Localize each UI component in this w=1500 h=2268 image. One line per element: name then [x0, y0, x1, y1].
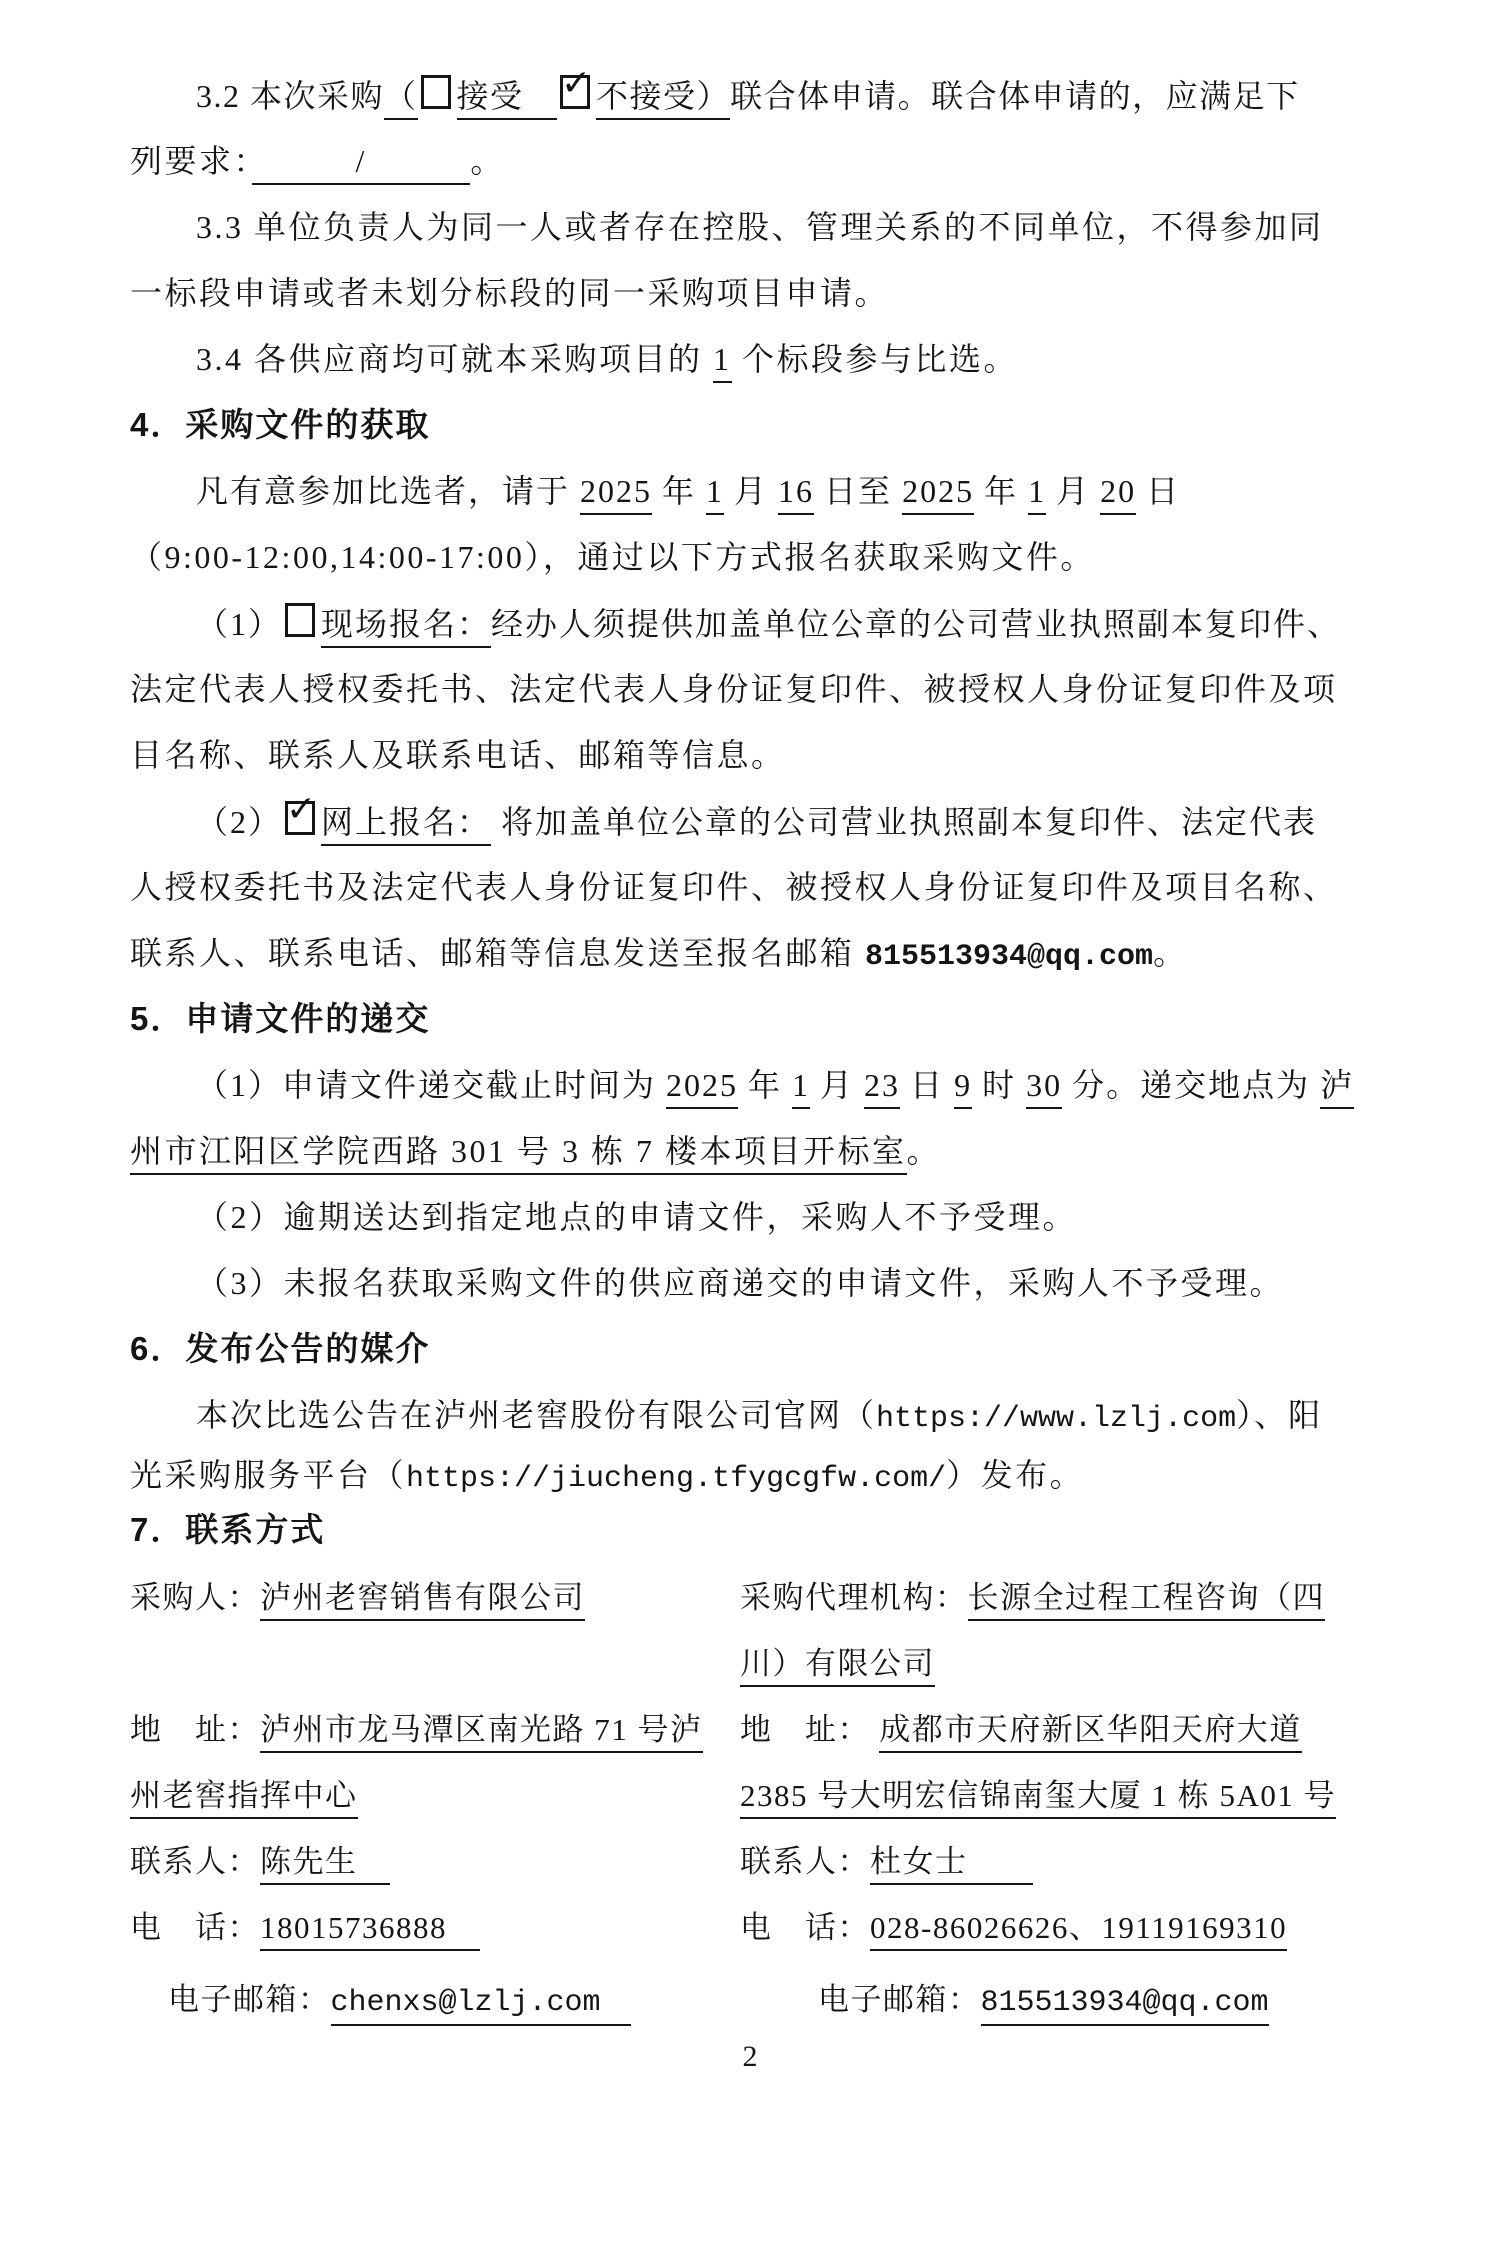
underlined-value: 杜女士 [870, 1844, 1033, 1885]
underlined-value: 1 [792, 1067, 810, 1109]
underlined-value: / [252, 143, 470, 185]
text-segment: 电子邮箱： [818, 1982, 981, 2017]
text-segment: 3.3 单位负责人为同一人或者存在控股、管理关系的不同单位，不得参加同 [196, 209, 1324, 245]
text-segment: 815513934@qq.com [865, 940, 1153, 974]
section-5-item-3: （3）未报名获取采购文件的供应商递交的申请文件，采购人不予受理。 [196, 1263, 1284, 1303]
text-segment: 月 [810, 1067, 864, 1103]
heading-section-4: 4．采购文件的获取 [130, 405, 430, 445]
text-segment: 。 [1153, 935, 1188, 971]
clause-3-2-line-2: 列要求： / 。 [130, 141, 505, 181]
text-segment: 列要求： [130, 143, 252, 179]
option-1-onsite-line-1: （1）现场报名：经办人须提供加盖单位公章的公司营业执照副本复印件、 [196, 603, 1341, 644]
text-segment: 时 [972, 1067, 1026, 1103]
text-segment: 电 话： [130, 1910, 260, 1945]
underlined-value: 2025 [666, 1067, 738, 1109]
clause-3-3-line-2: 一标段申请或者未划分标段的同一采购项目申请。 [130, 273, 889, 313]
underlined-value: 23 [864, 1067, 900, 1109]
checkbox-checked-icon [285, 801, 315, 835]
underlined-value: 18015736888 [260, 1910, 480, 1951]
text-segment: 。 [470, 143, 505, 179]
underlined-value: 9 [954, 1067, 972, 1109]
text-segment: 将加盖单位公章的公司营业执照副本复印件、法定代表 [491, 804, 1317, 840]
text-segment: 分。递交地点为 [1062, 1067, 1320, 1103]
contact-purchaser-address-line-2: 州老窖指挥中心 [130, 1776, 358, 1816]
option-1-onsite-line-3: 目名称、联系人及联系电话、邮箱等信息。 [130, 735, 786, 775]
document-page: 2 3.2 本次采购（接受 不接受）联合体申请。联合体申请的，应满足下列要求： … [0, 0, 1500, 2268]
contact-agency-address-line-1: 地 址： 成都市天府新区华阳天府大道 [740, 1710, 1302, 1750]
text-segment: 5．申请文件的递交 [130, 1000, 430, 1037]
underlined-value: 陈先生 [260, 1844, 390, 1885]
section-4-time-line: （9:00-12:00,14:00-17:00），通过以下方式报名获取采购文件。 [130, 537, 1095, 577]
option-2-online-line-3: 联系人、联系电话、邮箱等信息发送至报名邮箱 815513934@qq.com。 [130, 933, 1188, 977]
underlined-value: 接受 [457, 78, 558, 120]
contact-agency-phone: 电 话：028-86026626、19119169310 [740, 1908, 1287, 1948]
text-segment: ）发布。 [946, 1457, 1084, 1493]
underlined-value: 泸州市龙马潭区南光路 71 号泸 [260, 1712, 703, 1753]
underlined-value: 2025 [902, 473, 974, 515]
underlined-value: 泸州老窖销售有限公司 [260, 1580, 585, 1621]
contact-agency-person: 联系人：杜女士 [740, 1842, 1033, 1882]
section-5-deadline-line-1: （1）申请文件递交截止时间为 2025 年 1 月 23 日 9 时 30 分。… [196, 1065, 1354, 1105]
underlined-value: 1 [713, 341, 732, 383]
clause-3-2-line-1: 3.2 本次采购（接受 不接受）联合体申请。联合体申请的，应满足下 [196, 75, 1300, 116]
text-segment: 3.2 本次采购 [196, 78, 384, 114]
text-segment: 7．联系方式 [130, 1511, 325, 1548]
contact-purchaser: 采购人：泸州老窖销售有限公司 [130, 1578, 585, 1618]
text-segment: 采购代理机构： [740, 1580, 968, 1615]
underlined-value: 2025 [580, 473, 652, 515]
heading-section-5: 5．申请文件的递交 [130, 999, 430, 1039]
text-segment: https://jiucheng.tfygcgfw.com/ [406, 1462, 946, 1496]
heading-section-7: 7．联系方式 [130, 1510, 325, 1550]
text-segment: 6．发布公告的媒介 [130, 1330, 430, 1367]
text-segment: 联系人： [130, 1844, 260, 1879]
text-segment: 日 [1136, 473, 1180, 509]
underlined-value: 815513934@qq.com [981, 1986, 1269, 2026]
option-2-online-line-1: （2）网上报名： 将加盖单位公章的公司营业执照副本复印件、法定代表 [196, 801, 1317, 842]
underlined-value: 长源全过程工程咨询（四 [968, 1580, 1326, 1621]
text-segment: https://www.lzlj.com [876, 1402, 1236, 1436]
underlined-value: （ [384, 78, 418, 120]
text-segment: （9:00-12:00,14:00-17:00），通过以下方式报名获取采购文件。 [130, 539, 1095, 575]
section-6-line-1: 本次比选公告在泸州老窖股份有限公司官网（https://www.lzlj.com… [196, 1395, 1322, 1439]
text-segment: 电子邮箱： [168, 1982, 331, 2017]
contact-purchaser-phone: 电 话：18015736888 [130, 1908, 480, 1948]
text-segment: 年 [974, 473, 1028, 509]
underlined-value: 现场报名： [321, 606, 491, 648]
text-segment: 人授权委托书及法定代表人身份证复印件、被授权人身份证复印件及项目名称、 [130, 869, 1338, 905]
text-segment: 联合体申请。联合体申请的，应满足下 [730, 78, 1300, 114]
checkbox-unchecked-icon [421, 75, 451, 109]
text-segment: （1）申请文件递交截止时间为 [196, 1067, 666, 1103]
underlined-value: 2385 号大明宏信锦南玺大厦 1 栋 5A01 号 [740, 1778, 1336, 1819]
underlined-value: 网上报名： [321, 804, 491, 846]
checkbox-checked-icon [560, 75, 590, 109]
section-5-item-2: （2）逾期送达到指定地点的申请文件，采购人不予受理。 [196, 1197, 1077, 1237]
text-segment: 本次比选公告在泸州老窖股份有限公司官网（ [196, 1397, 876, 1433]
contact-purchaser-address-line-1: 地 址：泸州市龙马潭区南光路 71 号泸 [130, 1710, 703, 1750]
contact-agency-email: 电子邮箱：815513934@qq.com [818, 1980, 1269, 2023]
underlined-value: 州老窖指挥中心 [130, 1778, 358, 1819]
text-segment: 年 [652, 473, 706, 509]
contact-agency-address-line-2: 2385 号大明宏信锦南玺大厦 1 栋 5A01 号 [740, 1776, 1336, 1816]
text-segment: 地 址： [740, 1712, 879, 1747]
text-segment: 地 址： [130, 1712, 260, 1747]
text-segment: 光采购服务平台（ [130, 1457, 406, 1493]
option-2-online-line-2: 人授权委托书及法定代表人身份证复印件、被授权人身份证复印件及项目名称、 [130, 867, 1338, 907]
text-segment: 日至 [814, 473, 902, 509]
underlined-value: chenxs@lzlj.com [331, 1986, 631, 2026]
section-5-deadline-line-2: 州市江阳区学院西路 301 号 3 栋 7 楼本项目开标室。 [130, 1131, 941, 1171]
section-4-date-line: 凡有意参加比选者，请于 2025 年 1 月 16 日至 2025 年 1 月 … [196, 471, 1180, 511]
text-segment: 年 [738, 1067, 792, 1103]
text-segment: 联系人、联系电话、邮箱等信息发送至报名邮箱 [130, 935, 865, 971]
contact-purchaser-email: 电子邮箱：chenxs@lzlj.com [168, 1980, 631, 2023]
contact-agency-line-1: 采购代理机构：长源全过程工程咨询（四 [740, 1578, 1325, 1618]
text-segment: （3）未报名获取采购文件的供应商递交的申请文件，采购人不予受理。 [196, 1265, 1284, 1301]
text-segment: 4．采购文件的获取 [130, 406, 430, 443]
underlined-value: 州市江阳区学院西路 301 号 3 栋 7 楼本项目开标室 [130, 1133, 907, 1175]
text-segment: 个标段参与比选。 [732, 341, 1019, 377]
text-segment: 一标段申请或者未划分标段的同一采购项目申请。 [130, 275, 889, 311]
underlined-value: 泸 [1320, 1067, 1354, 1109]
text-segment: 。 [907, 1133, 942, 1169]
heading-section-6: 6．发布公告的媒介 [130, 1329, 430, 1369]
contact-agency-line-2: 川）有限公司 [740, 1644, 935, 1684]
text-segment: 凡有意参加比选者，请于 [196, 473, 580, 509]
option-1-onsite-line-2: 法定代表人授权委托书、法定代表人身份证复印件、被授权人身份证复印件及项 [130, 669, 1338, 709]
text-segment: 联系人： [740, 1844, 870, 1879]
clause-3-3-line-1: 3.3 单位负责人为同一人或者存在控股、管理关系的不同单位，不得参加同 [196, 207, 1324, 247]
underlined-value: 1 [1028, 473, 1046, 515]
text-segment: 目名称、联系人及联系电话、邮箱等信息。 [130, 737, 786, 773]
underlined-value: 30 [1026, 1067, 1062, 1109]
text-segment: 电 话： [740, 1910, 870, 1945]
text-segment: 经办人须提供加盖单位公章的公司营业执照副本复印件、 [491, 606, 1341, 642]
text-segment: 日 [900, 1067, 954, 1103]
text-segment: 法定代表人授权委托书、法定代表人身份证复印件、被授权人身份证复印件及项 [130, 671, 1338, 707]
underlined-value: 不接受） [596, 78, 730, 120]
text-segment: （1） [196, 606, 282, 642]
text-segment: 月 [1046, 473, 1100, 509]
underlined-value: 16 [778, 473, 814, 515]
text-segment: 月 [724, 473, 778, 509]
text-segment: ）、阳 [1236, 1397, 1322, 1433]
text-segment: 采购人： [130, 1580, 260, 1615]
underlined-value: 成都市天府新区华阳天府大道 [879, 1712, 1302, 1753]
underlined-value: 川）有限公司 [740, 1646, 935, 1687]
section-6-line-2: 光采购服务平台（https://jiucheng.tfygcgfw.com/）发… [130, 1455, 1084, 1499]
checkbox-unchecked-icon [285, 603, 315, 637]
contact-purchaser-person: 联系人：陈先生 [130, 1842, 390, 1882]
clause-3-4: 3.4 各供应商均可就本采购项目的 1 个标段参与比选。 [196, 339, 1018, 379]
underlined-value: 028-86026626、19119169310 [870, 1910, 1287, 1951]
text-segment: （2）逾期送达到指定地点的申请文件，采购人不予受理。 [196, 1199, 1077, 1235]
text-segment: 3.4 各供应商均可就本采购项目的 [196, 341, 713, 377]
page-number: 2 [0, 2040, 1500, 2074]
text-segment: （2） [196, 804, 282, 840]
underlined-value: 20 [1100, 473, 1136, 515]
underlined-value: 1 [706, 473, 724, 515]
